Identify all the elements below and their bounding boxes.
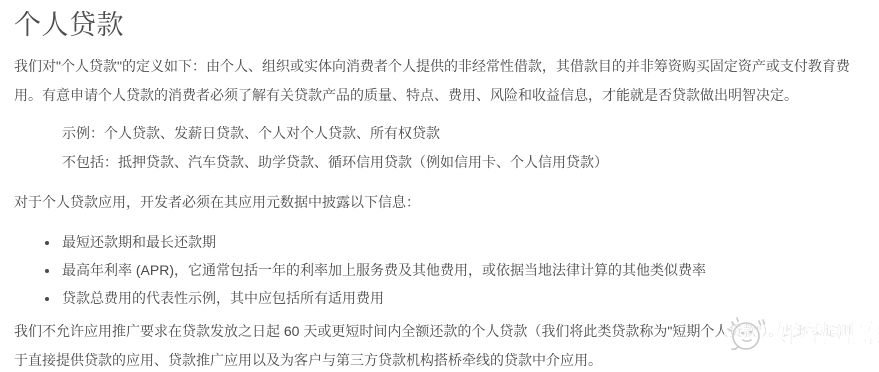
watermark-text: 好望观察	[774, 314, 879, 351]
exclusions-line: 不包括：抵押贷款、汽车贷款、助学贷款、循环信用贷款（例如信用卡、个人信用贷款）	[62, 148, 865, 177]
page-title: 个人贷款	[14, 8, 865, 42]
disclosure-list: 最短还款期和最长还款期 最高年利率 (APR)，它通常包括一年的利率加上服务费及…	[14, 228, 865, 312]
disclosure-item-apr: 最高年利率 (APR)，它通常包括一年的利率加上服务费及其他费用，或依据当地法律…	[60, 256, 865, 284]
watermark: 好望观察	[724, 308, 879, 356]
examples-line: 示例：个人贷款、发薪日贷款、个人对个人贷款、所有权贷款	[62, 119, 865, 148]
definition-paragraph: 我们对"个人贷款"的定义如下：由个人、组织或实体向消费者个人提供的非经常性借款，…	[14, 52, 865, 110]
face-peek-logo-icon	[726, 309, 768, 355]
examples-block: 示例：个人贷款、发薪日贷款、个人对个人贷款、所有权贷款 不包括：抵押贷款、汽车贷…	[14, 119, 865, 177]
disclosure-item-repayment-period: 最短还款期和最长还款期	[60, 228, 865, 256]
disclosure-intro-paragraph: 对于个人贷款应用，开发者必须在其应用元数据中披露以下信息：	[14, 188, 865, 217]
